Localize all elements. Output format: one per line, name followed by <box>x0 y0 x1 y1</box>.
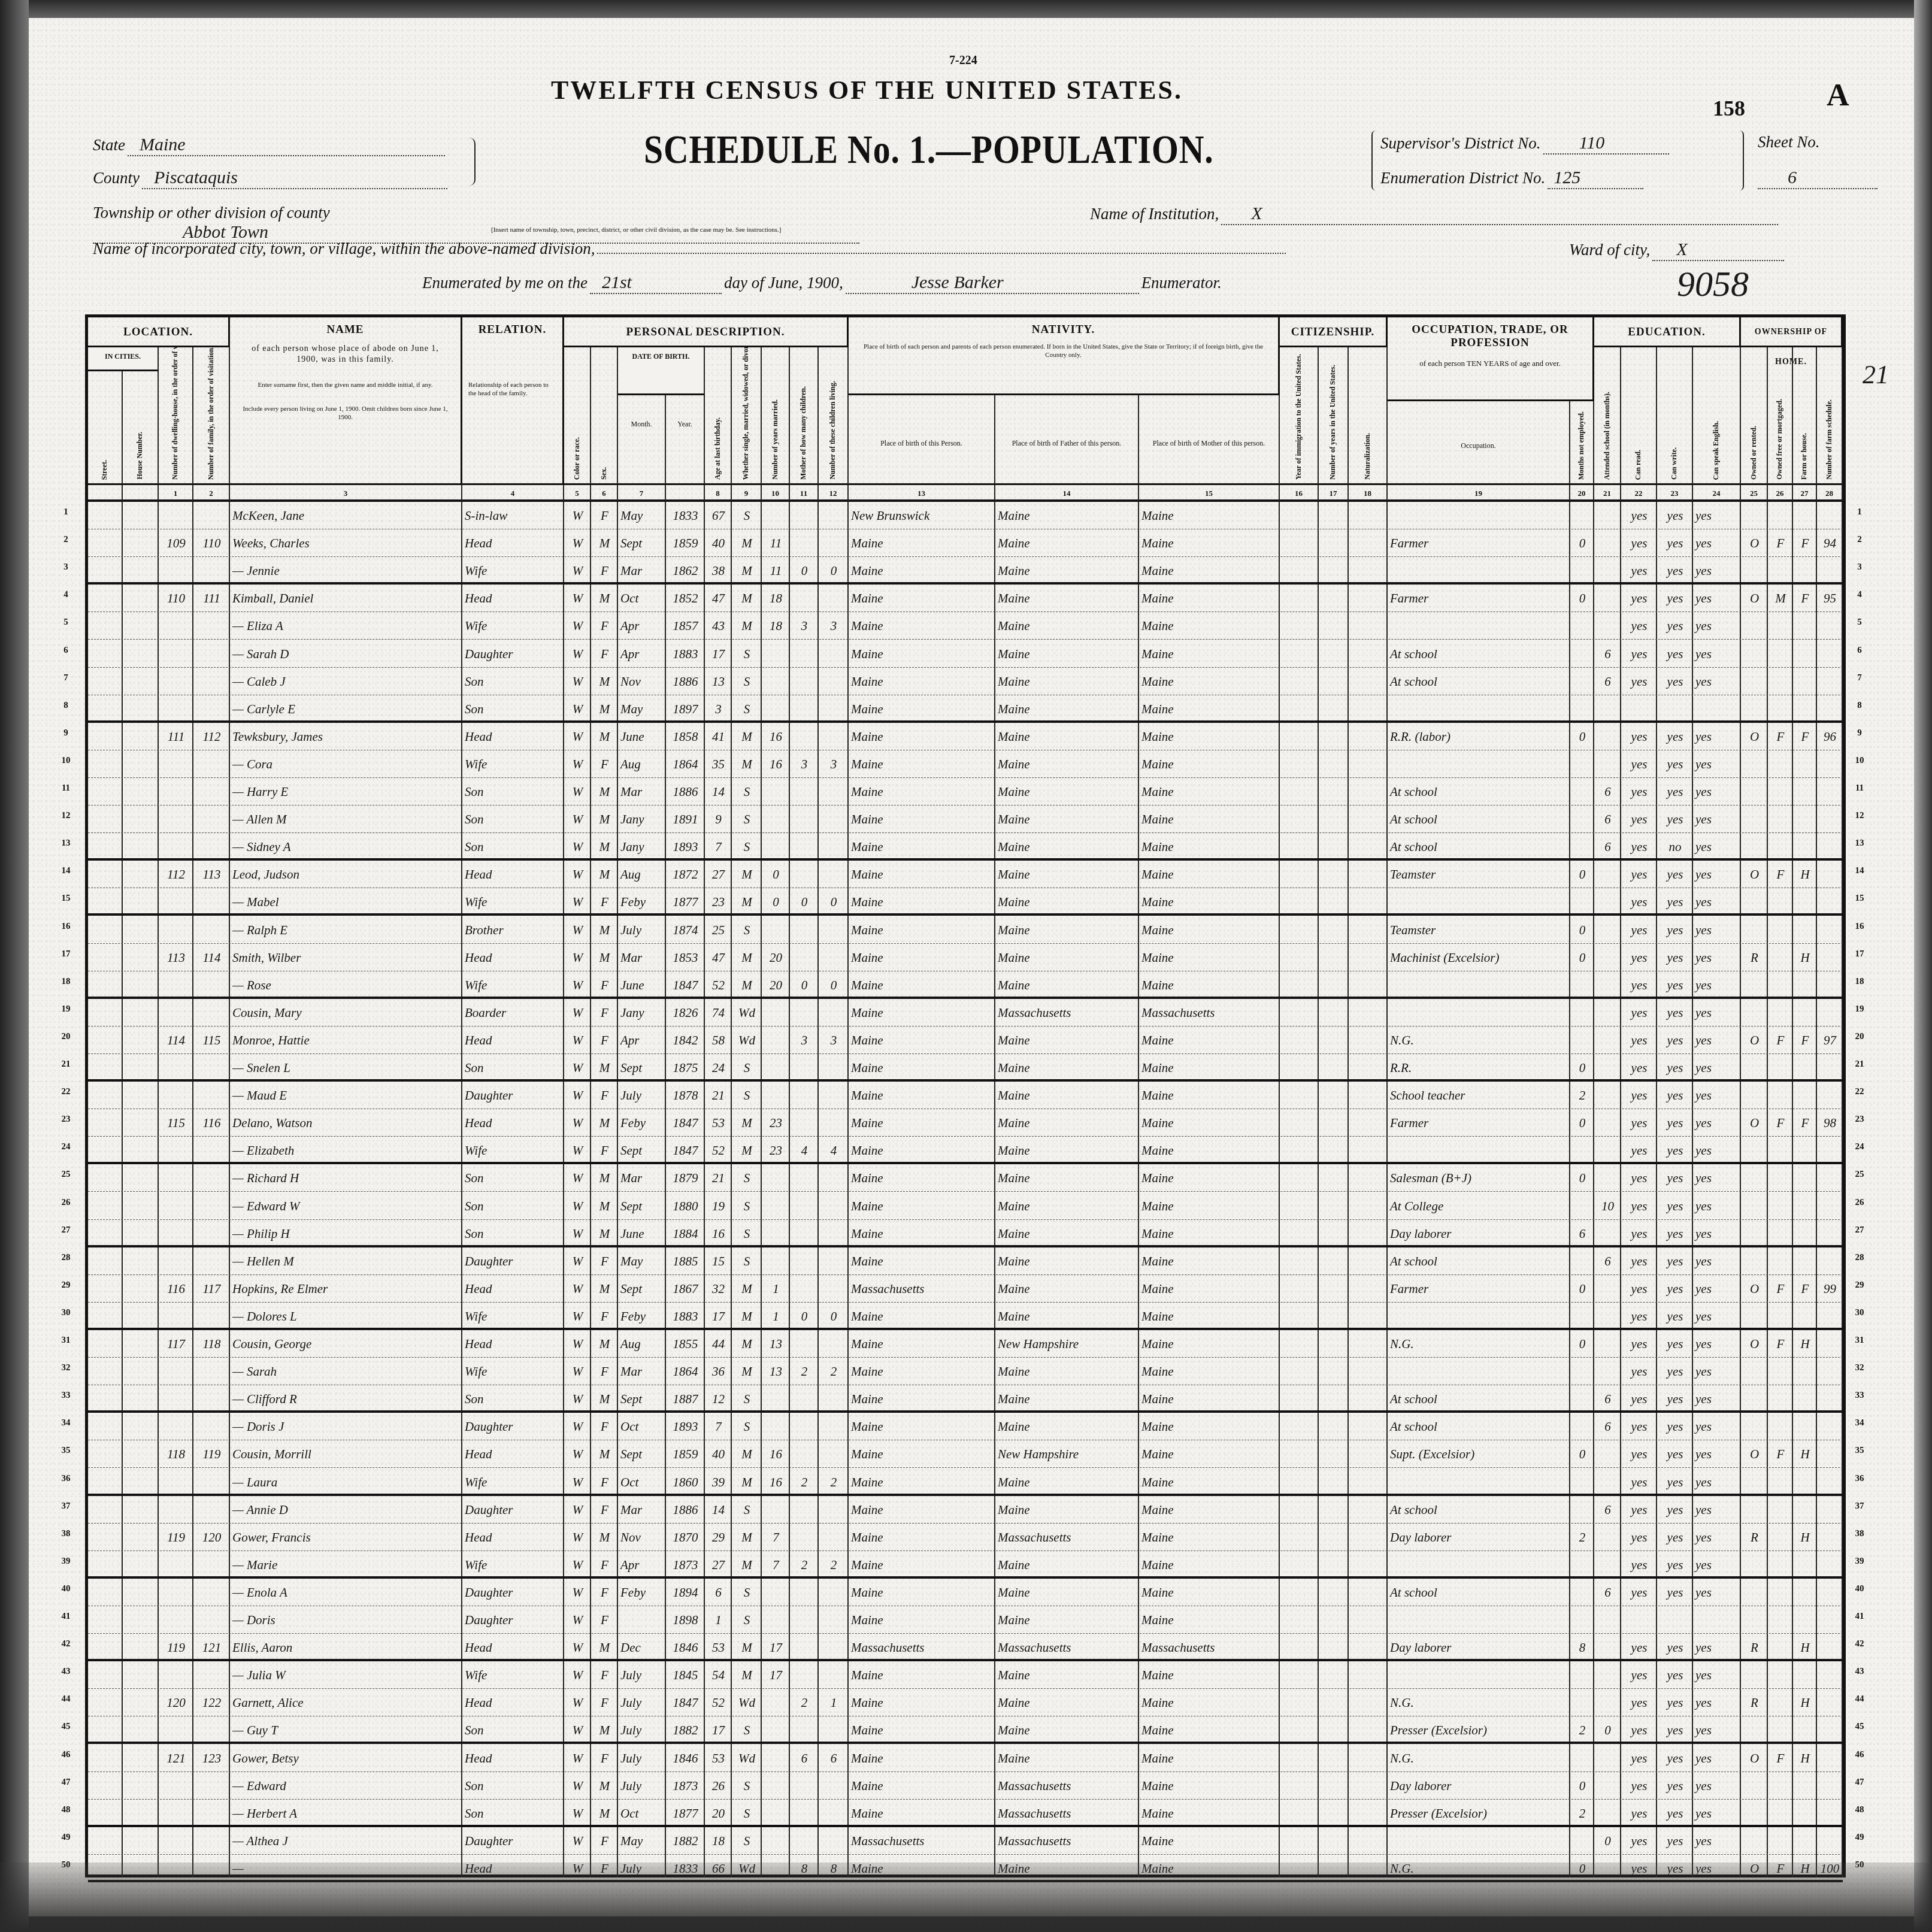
cell-rel: Daughter <box>462 1413 564 1440</box>
sheet-value: 6 <box>1758 168 1878 189</box>
cell-year: 1870 <box>666 1524 705 1551</box>
cell-month: Sept <box>618 1054 666 1079</box>
cell-year: 1859 <box>666 529 705 556</box>
cell-moc <box>790 1716 819 1742</box>
cell-sch: 6 <box>1594 1385 1621 1410</box>
cell-rd: yes <box>1621 999 1657 1026</box>
cell-fm <box>1768 1137 1793 1162</box>
column-header-birth-father: Place of birth of Father of this person. <box>995 395 1139 485</box>
cell-own: O <box>1741 1745 1768 1771</box>
cell-fh <box>1793 1385 1817 1410</box>
line-number: 9 <box>1851 728 1869 738</box>
cell-fam <box>193 612 230 639</box>
line-number: 39 <box>57 1556 75 1567</box>
cell-moc <box>790 916 819 943</box>
cell-bm: Maine <box>1139 1413 1280 1440</box>
cell-bp: Maine <box>849 1606 995 1633</box>
cell-bm: Maine <box>1139 529 1280 556</box>
cell-month: Oct <box>618 1413 666 1440</box>
cell-rd: yes <box>1621 1303 1657 1328</box>
cell-occ: School teacher <box>1388 1082 1570 1109</box>
cell-rd: yes <box>1621 1551 1657 1576</box>
cell-color: W <box>564 916 591 943</box>
page-number: 158 <box>1713 96 1745 121</box>
cell-year: 1882 <box>666 1716 705 1742</box>
cell-rel: Daughter <box>462 1496 564 1523</box>
cell-wr: yes <box>1657 1220 1693 1245</box>
cell-sp: yes <box>1693 640 1741 667</box>
cell-bm: Maine <box>1139 778 1280 805</box>
cell-rel: Head <box>462 529 564 556</box>
cell-year: 1885 <box>666 1247 705 1274</box>
line-number: 19 <box>57 1004 75 1015</box>
cell-sp: yes <box>1693 778 1741 805</box>
cell-occ: R.R. <box>1388 1054 1570 1079</box>
cell-fh <box>1793 971 1817 997</box>
cell-mne <box>1570 640 1594 667</box>
subgroup-date-of-birth: DATE OF BIRTH. <box>618 347 705 395</box>
cell-ym <box>762 778 790 805</box>
cell-moc: 2 <box>790 1689 819 1716</box>
cell-name: Monroe, Hattie <box>230 1026 462 1053</box>
cell-moc <box>790 999 819 1026</box>
cell-mar: S <box>732 640 762 667</box>
cell-bf: Maine <box>995 502 1139 529</box>
cell-moc <box>790 502 819 529</box>
column-header-farm-schedule: Number of farm schedule. <box>1817 347 1843 485</box>
table-row: — EdwardSonWMJuly187326SMaineMassachuset… <box>88 1772 1843 1800</box>
cell-bf: Massachusetts <box>995 1634 1139 1659</box>
cell-bm: Maine <box>1139 668 1280 695</box>
line-number: 6 <box>57 646 75 656</box>
cell-occ: At school <box>1388 778 1570 805</box>
cell-mar: M <box>732 971 762 997</box>
cell-sch <box>1594 1440 1621 1467</box>
cell-sp: yes <box>1693 1661 1741 1688</box>
cell-occ <box>1388 999 1570 1026</box>
cell-mar: Wd <box>732 1689 762 1716</box>
column-header-text: Farm or house. <box>1800 433 1809 480</box>
cell-moc <box>790 861 819 888</box>
cell-age: 53 <box>705 1745 732 1771</box>
cell-own <box>1741 1551 1768 1576</box>
cell-name: McKeen, Jane <box>230 502 462 529</box>
cell-bm: Maine <box>1139 612 1280 639</box>
supervisor-label: Supervisor's District No. <box>1380 134 1541 152</box>
cell-year: 1893 <box>666 1413 705 1440</box>
cell-sex: F <box>591 1247 618 1274</box>
cell-sp: yes <box>1693 1109 1741 1136</box>
cell-bf: Maine <box>995 1496 1139 1523</box>
line-number: 39 <box>1851 1556 1869 1567</box>
cell-wr: yes <box>1657 944 1693 971</box>
cell-color: W <box>564 1358 591 1385</box>
line-number: 11 <box>1851 783 1869 794</box>
column-number: 15 <box>1139 485 1280 502</box>
table-row: — Clifford RSonWMSept188712SMaineMaineMa… <box>88 1385 1843 1413</box>
cell-month: Jany <box>618 833 666 858</box>
cell-mar: S <box>732 1827 762 1854</box>
cell-month: Sept <box>618 1192 666 1219</box>
cell-rd <box>1621 1606 1657 1633</box>
cell-mar: M <box>732 1634 762 1659</box>
cell-age: 20 <box>705 1800 732 1825</box>
cell-dw <box>159 1164 193 1191</box>
line-number: 27 <box>57 1225 75 1235</box>
cell-occ: Salesman (B+J) <box>1388 1164 1570 1191</box>
cell-cl <box>819 668 849 695</box>
column-header-text: Street. <box>100 460 109 480</box>
cell-bp: Maine <box>849 1054 995 1079</box>
cell-bp: Maine <box>849 1468 995 1494</box>
cell-bm: Maine <box>1139 585 1280 611</box>
cell-fs <box>1817 668 1843 695</box>
cell-dw <box>159 1054 193 1079</box>
line-number: 29 <box>1851 1280 1869 1291</box>
column-header-text: Number of dwelling-house, in the order o… <box>171 347 180 480</box>
column-number: 7 <box>618 485 666 502</box>
cell-color: W <box>564 585 591 611</box>
cell-bp: Maine <box>849 1330 995 1357</box>
cell-name: — Sidney A <box>230 833 462 858</box>
cell-fs <box>1817 1745 1843 1771</box>
cell-cl <box>819 1413 849 1440</box>
cell-own: R <box>1741 1524 1768 1551</box>
cell-color: W <box>564 1192 591 1219</box>
cell-bm: Maine <box>1139 805 1280 832</box>
column-number: 19 <box>1388 485 1570 502</box>
cell-cl <box>819 1579 849 1606</box>
cell-sex: M <box>591 585 618 611</box>
table-row: — Eliza AWifeWFApr185743M1833MaineMaineM… <box>88 612 1843 640</box>
cell-fh <box>1793 1164 1817 1191</box>
cell-ym <box>762 1026 790 1053</box>
cell-bf: Maine <box>995 1220 1139 1245</box>
cell-rd: yes <box>1621 778 1657 805</box>
cell-fh <box>1793 1496 1817 1523</box>
cell-dw: 115 <box>159 1109 193 1136</box>
cell-rd: yes <box>1621 1358 1657 1385</box>
cell-rd: yes <box>1621 944 1657 971</box>
cell-occ <box>1388 1827 1570 1854</box>
cell-age: 3 <box>705 695 732 720</box>
cell-fam <box>193 1827 230 1854</box>
cell-rel: Daughter <box>462 1082 564 1109</box>
cell-wr: yes <box>1657 778 1693 805</box>
table-row: 120122Garnett, AliceHeadWFJuly184752Wd21… <box>88 1689 1843 1716</box>
cell-rel: Son <box>462 1220 564 1245</box>
cell-sex: F <box>591 1082 618 1109</box>
table-row: 114115Monroe, HattieHeadWFApr184258Wd33M… <box>88 1026 1843 1054</box>
margin-note: 21 <box>1863 359 1889 390</box>
cell-own <box>1741 502 1768 529</box>
cell-bp: Maine <box>849 1689 995 1716</box>
cell-age: 14 <box>705 1496 732 1523</box>
cell-bf: Maine <box>995 1358 1139 1385</box>
cell-mar: S <box>732 778 762 805</box>
line-number: 27 <box>1851 1225 1869 1235</box>
cell-fam <box>193 668 230 695</box>
cell-name: Delano, Watson <box>230 1109 462 1136</box>
cell-wr: yes <box>1657 888 1693 913</box>
cell-moc <box>790 1524 819 1551</box>
cell-sch <box>1594 1800 1621 1825</box>
cell-age: 14 <box>705 778 732 805</box>
cell-fh: H <box>1793 1634 1817 1659</box>
cell-rd: yes <box>1621 1634 1657 1659</box>
cell-fam: 112 <box>193 723 230 750</box>
cell-own: O <box>1741 1275 1768 1302</box>
cell-own <box>1741 833 1768 858</box>
cell-age: 52 <box>705 971 732 997</box>
cell-bf: Massachusetts <box>995 1524 1139 1551</box>
cell-wr: yes <box>1657 1082 1693 1109</box>
cell-moc: 0 <box>790 557 819 582</box>
cell-sex: M <box>591 805 618 832</box>
cell-wr: yes <box>1657 861 1693 888</box>
cell-rd: yes <box>1621 723 1657 750</box>
cell-cl <box>819 833 849 858</box>
cell-fm: F <box>1768 529 1793 556</box>
cell-occ: At school <box>1388 833 1570 858</box>
ward-label: Ward of city, <box>1569 241 1650 259</box>
cell-bm: Maine <box>1139 1247 1280 1274</box>
cell-ym: 7 <box>762 1524 790 1551</box>
cell-sex: M <box>591 668 618 695</box>
cell-fm: F <box>1768 723 1793 750</box>
cell-color: W <box>564 1606 591 1633</box>
cell-mne: 8 <box>1570 1634 1594 1659</box>
cell-name: — Hellen M <box>230 1247 462 1274</box>
cell-fam <box>193 1192 230 1219</box>
cell-age: 17 <box>705 640 732 667</box>
cell-bm: Maine <box>1139 695 1280 720</box>
cell-wr: yes <box>1657 1358 1693 1385</box>
cell-year: 1852 <box>666 585 705 611</box>
cell-fh <box>1793 1800 1817 1825</box>
cell-sch <box>1594 557 1621 582</box>
column-header-text: Number of family, in the order of visita… <box>207 347 216 480</box>
table-row: 115116Delano, WatsonHeadWMFeby184753M23M… <box>88 1109 1843 1137</box>
cell-sp: yes <box>1693 1551 1741 1576</box>
cell-fs: 94 <box>1817 529 1843 556</box>
cell-mne: 0 <box>1570 1164 1594 1191</box>
cell-bf: Maine <box>995 529 1139 556</box>
township-field: Township or other division of county Abb… <box>93 204 1075 244</box>
cell-sex: F <box>591 1026 618 1053</box>
cell-sch: 6 <box>1594 833 1621 858</box>
column-number: 2 <box>193 485 230 502</box>
cell-fs <box>1817 640 1843 667</box>
cell-dw <box>159 1385 193 1410</box>
cell-year: 1875 <box>666 1054 705 1079</box>
cell-color: W <box>564 1634 591 1659</box>
cell-bm: Maine <box>1139 1468 1280 1494</box>
cell-fh: H <box>1793 944 1817 971</box>
cell-fs <box>1817 778 1843 805</box>
line-number: 7 <box>1851 673 1869 683</box>
cell-sch <box>1594 750 1621 777</box>
cell-mar: S <box>732 1082 762 1109</box>
cell-bm: Maine <box>1139 1440 1280 1467</box>
cell-cl <box>819 1800 849 1825</box>
cell-sex: M <box>591 916 618 943</box>
cell-bm: Massachusetts <box>1139 999 1280 1026</box>
cell-sex: F <box>591 640 618 667</box>
cell-fs <box>1817 1385 1843 1410</box>
cell-sex: M <box>591 778 618 805</box>
cell-sp: yes <box>1693 861 1741 888</box>
cell-dw <box>159 1827 193 1854</box>
cell-dw: 119 <box>159 1634 193 1659</box>
line-number: 1 <box>57 507 75 517</box>
cell-occ <box>1388 1303 1570 1328</box>
cell-sch <box>1594 971 1621 997</box>
cell-bp: Maine <box>849 1026 995 1053</box>
cell-rel: Head <box>462 1026 564 1053</box>
cell-bm: Maine <box>1139 1220 1280 1245</box>
cell-name: — Dolores L <box>230 1303 462 1328</box>
column-number: 12 <box>819 485 849 502</box>
cell-occ <box>1388 1606 1570 1633</box>
line-number: 5 <box>1851 617 1869 628</box>
cell-age: 36 <box>705 1358 732 1385</box>
cell-mne: 0 <box>1570 1772 1594 1799</box>
cell-color: W <box>564 833 591 858</box>
column-number: 8 <box>705 485 732 502</box>
cell-own: O <box>1741 1440 1768 1467</box>
cell-fam <box>193 1303 230 1328</box>
cell-month: Dec <box>618 1634 666 1659</box>
cell-color: W <box>564 971 591 997</box>
cell-mar: S <box>732 1247 762 1274</box>
cell-fh <box>1793 1192 1817 1219</box>
cell-age: 58 <box>705 1026 732 1053</box>
cell-occ <box>1388 1551 1570 1576</box>
cell-month: Sept <box>618 1440 666 1467</box>
cell-rel: Son <box>462 805 564 832</box>
cell-ym: 16 <box>762 723 790 750</box>
cell-wr: yes <box>1657 1303 1693 1328</box>
table-row: — Sidney ASonWMJany18937SMaineMaineMaine… <box>88 833 1843 861</box>
cell-rd: yes <box>1621 1082 1657 1109</box>
cell-fh <box>1793 916 1817 943</box>
cell-bp: Maine <box>849 916 995 943</box>
cell-sp: yes <box>1693 916 1741 943</box>
cell-fam: 114 <box>193 944 230 971</box>
cell-sex: M <box>591 1220 618 1245</box>
cell-sch: 10 <box>1594 1192 1621 1219</box>
cell-year: 1847 <box>666 1109 705 1136</box>
cell-sex: M <box>591 1109 618 1136</box>
cell-year: 1864 <box>666 1358 705 1385</box>
table-row: — Philip HSonWMJune188416SMaineMaineMain… <box>88 1220 1843 1247</box>
cell-fh <box>1793 1772 1817 1799</box>
cell-sex: M <box>591 1634 618 1659</box>
cell-month: July <box>618 1082 666 1109</box>
cell-sex: F <box>591 1358 618 1385</box>
cell-year: 1897 <box>666 695 705 720</box>
cell-wr: yes <box>1657 1109 1693 1136</box>
line-number: 28 <box>1851 1253 1869 1263</box>
population-table: LOCATION. NAME of each person whose plac… <box>85 314 1846 1878</box>
cell-age: 40 <box>705 1440 732 1467</box>
cell-sp: yes <box>1693 1303 1741 1328</box>
line-number: 3 <box>1851 562 1869 573</box>
cell-sp: yes <box>1693 1745 1741 1771</box>
cell-fam: 121 <box>193 1634 230 1659</box>
cell-own <box>1741 1772 1768 1799</box>
cell-bf: Maine <box>995 1689 1139 1716</box>
cell-rel: Wife <box>462 612 564 639</box>
line-number: 23 <box>1851 1115 1869 1125</box>
cell-occ: N.G. <box>1388 1689 1570 1716</box>
cell-mar: M <box>732 723 762 750</box>
cell-bm: Maine <box>1139 1385 1280 1410</box>
cell-own <box>1741 1303 1768 1328</box>
cell-age: 7 <box>705 1413 732 1440</box>
cell-wr: yes <box>1657 1468 1693 1494</box>
line-number: 4 <box>57 590 75 600</box>
cell-rel: Son <box>462 668 564 695</box>
column-header-text: Owned or rented. <box>1749 426 1758 480</box>
cell-fm <box>1768 1579 1793 1606</box>
sheet-label: Sheet No. <box>1758 133 1819 152</box>
nativity-desc: Place of birth of each person and parent… <box>849 339 1278 359</box>
cell-sch <box>1594 999 1621 1026</box>
cell-mar: M <box>732 557 762 582</box>
cell-bf: Maine <box>995 1716 1139 1742</box>
cell-sch <box>1594 1689 1621 1716</box>
cell-fm <box>1768 1220 1793 1245</box>
cell-sp: yes <box>1693 750 1741 777</box>
cell-rel: Head <box>462 1689 564 1716</box>
cell-own <box>1741 1496 1768 1523</box>
cell-fm <box>1768 1192 1793 1219</box>
line-number: 32 <box>1851 1363 1869 1373</box>
cell-wr: yes <box>1657 805 1693 832</box>
cell-fh <box>1793 612 1817 639</box>
cell-ym: 1 <box>762 1275 790 1302</box>
cell-bf: Maine <box>995 1606 1139 1633</box>
cell-color: W <box>564 1468 591 1494</box>
cell-name: — Elizabeth <box>230 1137 462 1162</box>
cell-year: 1883 <box>666 1303 705 1328</box>
cell-color: W <box>564 1800 591 1825</box>
cell-ym <box>762 1716 790 1742</box>
cell-mne <box>1570 750 1594 777</box>
cell-month: Sept <box>618 1385 666 1410</box>
table-row: — Allen MSonWMJany18919SMaineMaineMaineA… <box>88 805 1843 833</box>
cell-occ: Presser (Excelsior) <box>1388 1800 1570 1825</box>
cell-bf: Maine <box>995 668 1139 695</box>
cell-year: 1867 <box>666 1275 705 1302</box>
cell-sp: yes <box>1693 999 1741 1026</box>
cell-age: 23 <box>705 888 732 913</box>
table-row: — JennieWifeWFMar186238M1100MaineMaineMa… <box>88 557 1843 585</box>
cell-fh <box>1793 1827 1817 1854</box>
cell-sex: F <box>591 888 618 913</box>
table-row: McKeen, JaneS-in-lawWFMay183367SNew Brun… <box>88 502 1843 529</box>
cell-color: W <box>564 750 591 777</box>
cell-month: May <box>618 1827 666 1854</box>
cell-rel: Wife <box>462 1137 564 1162</box>
cell-sex: M <box>591 529 618 556</box>
cell-own: R <box>1741 1634 1768 1659</box>
cell-fh <box>1793 833 1817 858</box>
cell-cl <box>819 1661 849 1688</box>
cell-moc: 0 <box>790 1303 819 1328</box>
